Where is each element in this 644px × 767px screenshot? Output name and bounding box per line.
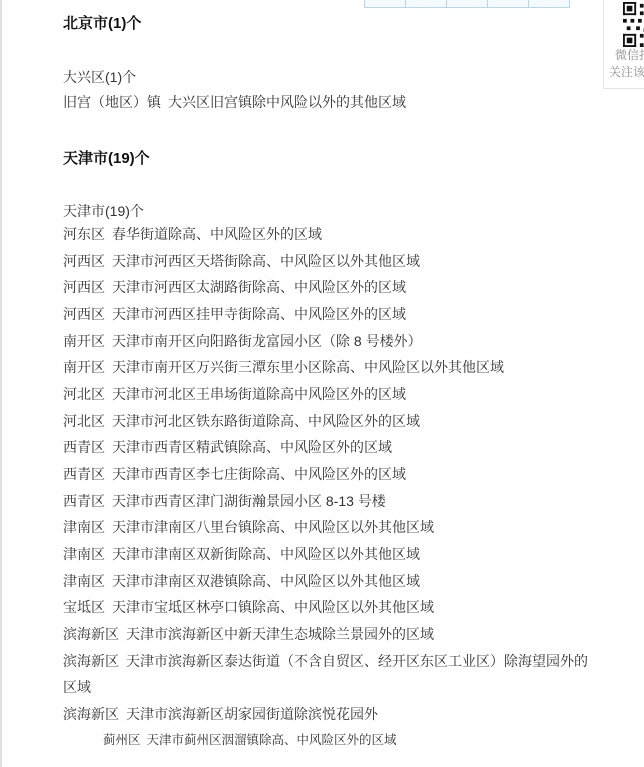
risk-area-row: 滨海新区天津市滨海新区中新天津生态城除兰景园外的区域	[63, 621, 593, 648]
window-left-edge	[0, 0, 2, 767]
tianjin-risk-area-rows: 河东区春华街道除高、中风险区外的区域 河西区天津市河西区天塔街除高、中风险区以外…	[63, 221, 593, 727]
area-description: 天津市西青区李七庄街除高、中风险区外的区域	[112, 466, 406, 482]
table-cell-stub	[487, 0, 529, 8]
subsection-heading-daxing: 大兴区(1)个	[63, 67, 136, 87]
risk-area-row: 南开区天津市南开区万兴街三潭东里小区除高、中风险区以外其他区域	[63, 354, 593, 381]
area-description: 天津市津南区八里台镇除高、中风险区以外其他区域	[112, 519, 434, 535]
district-name: 西青区	[63, 493, 105, 509]
area-description: 天津市西青区精武镇除高、中风险区外的区域	[112, 439, 392, 455]
subsection-heading-tianjin: 天津市(19)个	[63, 201, 144, 221]
table-cell-stub	[405, 0, 447, 8]
risk-area-row: 西青区天津市西青区李七庄街除高、中风险区外的区域	[63, 461, 593, 488]
section-heading-tianjin: 天津市(19)个	[63, 147, 150, 168]
risk-area-row: 河西区天津市河西区天塔街除高、中风险区以外其他区域	[63, 248, 593, 275]
risk-area-row: 河西区天津市河西区太湖路街除高、中风险区外的区域	[63, 274, 593, 301]
table-cell-stub	[446, 0, 488, 8]
area-description: 天津市宝坻区林亭口镇除高、中风险区以外其他区域	[112, 599, 434, 615]
risk-area-row: 南开区天津市南开区向阳路街龙富园小区（除 8 号楼外）	[63, 328, 593, 355]
district-name: 旧宫（地区）镇	[63, 94, 161, 110]
district-name: 津南区	[63, 546, 105, 562]
area-description: 天津市津南区双新街除高、中风险区以外其他区域	[112, 546, 420, 562]
risk-area-row: 滨海新区天津市滨海新区胡家园街道除滨悦花园外	[63, 701, 593, 728]
risk-area-row: 西青区天津市西青区精武镇除高、中风险区外的区域	[63, 434, 593, 461]
district-name: 河西区	[63, 253, 105, 269]
qr-code-icon	[623, 2, 644, 47]
district-name: 河西区	[63, 306, 105, 322]
risk-area-row-small: 蓟州区天津市蓟州区洇溜镇除高、中风险区外的区域	[103, 730, 593, 750]
area-description: 天津市西青区津门湖街瀚景园小区 8-13 号楼	[112, 493, 386, 509]
district-name: 滨海新区	[63, 706, 119, 722]
district-name: 河东区	[63, 226, 105, 242]
area-description: 春华街道除高、中风险区外的区域	[112, 226, 322, 242]
area-description: 天津市滨海新区胡家园街道除滨悦花园外	[126, 706, 378, 722]
area-description: 大兴区旧宫镇除中风险以外的其他区域	[168, 94, 406, 110]
top-table-stub	[364, 0, 570, 8]
tianjin-risk-area-list: 河东区春华街道除高、中风险区外的区域 河西区天津市河西区天塔街除高、中风险区以外…	[63, 221, 593, 750]
risk-area-row: 宝坻区天津市宝坻区林亭口镇除高、中风险区以外其他区域	[63, 594, 593, 621]
district-name: 滨海新区	[63, 653, 119, 669]
risk-area-row: 河东区春华街道除高、中风险区外的区域	[63, 221, 593, 248]
area-description: 天津市滨海新区泰达街道（不含自贸区、经开区东区工业区）除海望园外的区域	[63, 653, 588, 696]
district-name: 河北区	[63, 413, 105, 429]
wechat-scan-caption: 微信扫一扫	[615, 47, 644, 64]
risk-area-row: 河西区天津市河西区挂甲寺街除高、中风险区外的区域	[63, 301, 593, 328]
area-description: 天津市南开区万兴街三潭东里小区除高、中风险区以外其他区域	[112, 359, 504, 375]
risk-area-row: 津南区天津市津南区双港镇除高、中风险区以外其他区域	[63, 568, 593, 595]
district-name: 津南区	[63, 573, 105, 589]
district-name: 西青区	[63, 466, 105, 482]
area-description: 天津市河北区王串场街道除高中风险区外的区域	[112, 386, 406, 402]
risk-area-row: 河北区天津市河北区铁东路街道除高、中风险区外的区域	[63, 408, 593, 435]
area-description: 天津市蓟州区洇溜镇除高、中风险区外的区域	[147, 733, 397, 747]
area-description: 天津市南开区向阳路街龙富园小区（除 8 号楼外）	[112, 333, 422, 349]
wechat-qr-panel: 微信扫一扫 关注该公众号	[603, 0, 644, 89]
wechat-follow-caption: 关注该公众号	[609, 64, 644, 81]
district-name: 河西区	[63, 279, 105, 295]
district-name: 蓟州区	[103, 733, 141, 747]
area-description: 天津市津南区双港镇除高、中风险区以外其他区域	[112, 573, 420, 589]
district-name: 河北区	[63, 386, 105, 402]
area-description: 天津市河西区太湖路街除高、中风险区外的区域	[112, 279, 406, 295]
risk-area-row: 津南区天津市津南区双新街除高、中风险区以外其他区域	[63, 541, 593, 568]
risk-area-row: 津南区天津市津南区八里台镇除高、中风险区以外其他区域	[63, 514, 593, 541]
district-name: 南开区	[63, 333, 105, 349]
area-description: 天津市河西区挂甲寺街除高、中风险区外的区域	[112, 306, 406, 322]
risk-area-row: 西青区天津市西青区津门湖街瀚景园小区 8-13 号楼	[63, 488, 593, 515]
district-name: 西青区	[63, 439, 105, 455]
table-cell-stub	[528, 0, 570, 8]
table-cell-stub	[364, 0, 406, 8]
district-name: 津南区	[63, 519, 105, 535]
risk-area-row: 滨海新区天津市滨海新区泰达街道（不含自贸区、经开区东区工业区）除海望园外的区域	[63, 648, 593, 701]
district-name: 宝坻区	[63, 599, 105, 615]
area-description: 天津市滨海新区中新天津生态城除兰景园外的区域	[126, 626, 434, 642]
risk-area-row: 河北区天津市河北区王串场街道除高中风险区外的区域	[63, 381, 593, 408]
district-name: 滨海新区	[63, 626, 119, 642]
area-description: 天津市河西区天塔街除高、中风险区以外其他区域	[112, 253, 420, 269]
section-heading-beijing: 北京市(1)个	[63, 12, 141, 33]
beijing-risk-area-list: 旧宫（地区）镇大兴区旧宫镇除中风险以外的其他区域	[63, 92, 406, 112]
district-name: 南开区	[63, 359, 105, 375]
risk-area-row: 旧宫（地区）镇大兴区旧宫镇除中风险以外的其他区域	[63, 92, 406, 112]
area-description: 天津市河北区铁东路街道除高、中风险区外的区域	[112, 413, 420, 429]
